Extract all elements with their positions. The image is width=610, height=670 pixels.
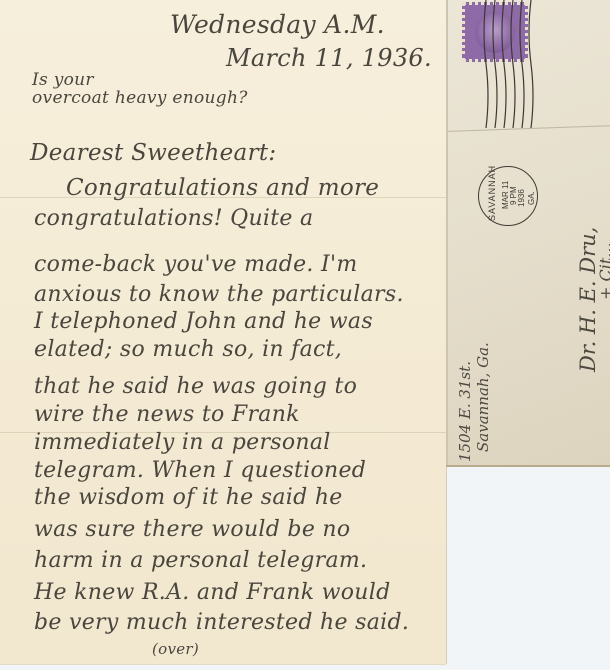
- return-address-line-1: 1504 E. 31st.: [456, 361, 474, 462]
- body-line: telegram. When I questioned: [34, 458, 366, 483]
- postmark-circle-icon: SAVANNAH MAR 11 9 PM 1936 GA.: [478, 166, 538, 226]
- body-line: that he said he was going to: [34, 374, 357, 399]
- postmark-city: SAVANNAH: [487, 165, 497, 221]
- body-line: was sure there would be no: [34, 517, 350, 542]
- body-line: be very much interested he said.: [34, 610, 409, 635]
- over-note: (over): [152, 640, 199, 658]
- letter-date: March 11, 1936.: [226, 44, 432, 72]
- postscript-line-2: overcoat heavy enough?: [32, 88, 248, 108]
- document-scan: Wednesday A.M. March 11, 1936. Is your o…: [0, 0, 610, 670]
- letter-day: Wednesday A.M.: [170, 10, 385, 39]
- postmark-year: 1936: [517, 189, 526, 207]
- body-line: the wisdom of it he said he: [34, 485, 343, 510]
- envelope: 1504 E. 31st. Savannah, Ga. Dr. H. E. Dr…: [446, 0, 610, 465]
- salutation: Dearest Sweetheart:: [30, 140, 276, 166]
- cancellation-wavy-lines-icon: [482, 0, 542, 128]
- postmark-state: GA.: [527, 191, 536, 205]
- body-line: I telephoned John and he was: [34, 309, 373, 334]
- body-line: anxious to know the particulars.: [34, 282, 404, 307]
- body-line: elated; so much so, in fact,: [34, 337, 342, 362]
- body-line: harm in a personal telegram.: [34, 548, 367, 573]
- postscript-line-1: Is your: [32, 70, 94, 90]
- body-line: Congratulations and more: [66, 175, 379, 201]
- recipient-line-2: + Cit...: [596, 242, 610, 300]
- body-line: immediately in a personal: [34, 430, 331, 455]
- body-line: congratulations! Quite a: [34, 206, 313, 231]
- handwritten-letter: Wednesday A.M. March 11, 1936. Is your o…: [0, 0, 446, 664]
- body-line: He knew R.A. and Frank would: [34, 580, 391, 605]
- body-line: wire the news to Frank: [34, 402, 300, 427]
- return-address-line-2: Savannah, Ga.: [474, 342, 492, 452]
- body-line: come-back you've made. I'm: [34, 252, 358, 277]
